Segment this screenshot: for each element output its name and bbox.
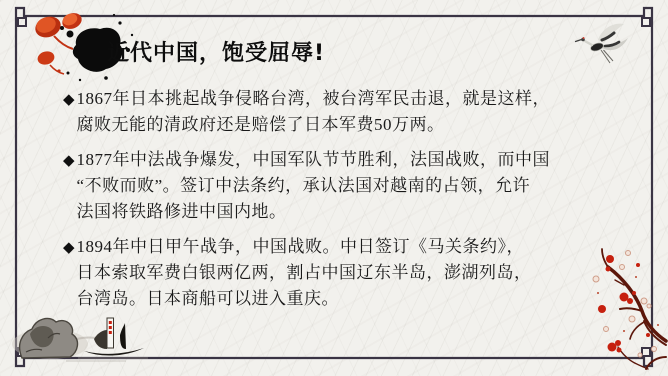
diamond-bullet-icon: ◆ [63, 234, 75, 260]
diamond-bullet-icon: ◆ [63, 86, 75, 112]
bullet-text: 1867年日本挑起战争侵略台湾，被台湾军民击退，就是这样， 腐败无能的清政府还是… [77, 86, 638, 138]
bullet-item-1867: ◆ 1867年日本挑起战争侵略台湾，被台湾军民击退，就是这样， 腐败无能的清政府… [63, 86, 638, 138]
bullet-text: 1894年中日甲午战争，中国战败。中日签订《马关条约》， 日本索取军费白银两亿两… [77, 234, 638, 312]
presentation-slide: 近代中国，饱受屈辱! ◆ 1867年日本挑起战争侵略台湾，被台湾军民击退，就是这… [0, 0, 668, 376]
bullet-text: 1877年中法战争爆发，中国军队节节胜利，法国战败，而中国 “不败而败”。签订中… [77, 147, 638, 225]
flying-crane-icon [572, 20, 632, 70]
bullet-item-1894: ◆ 1894年中日甲午战争，中国战败。中日签订《马关条约》， 日本索取军费白银两… [63, 234, 638, 312]
bullet-item-1877: ◆ 1877年中法战争爆发，中国军队节节胜利，法国战败，而中国 “不败而败”。签… [63, 147, 638, 225]
diamond-bullet-icon: ◆ [63, 147, 75, 173]
slide-body: ◆ 1867年日本挑起战争侵略台湾，被台湾军民击退，就是这样， 腐败无能的清政府… [63, 86, 638, 321]
slide-title: 近代中国，饱受屈辱! [107, 36, 325, 67]
